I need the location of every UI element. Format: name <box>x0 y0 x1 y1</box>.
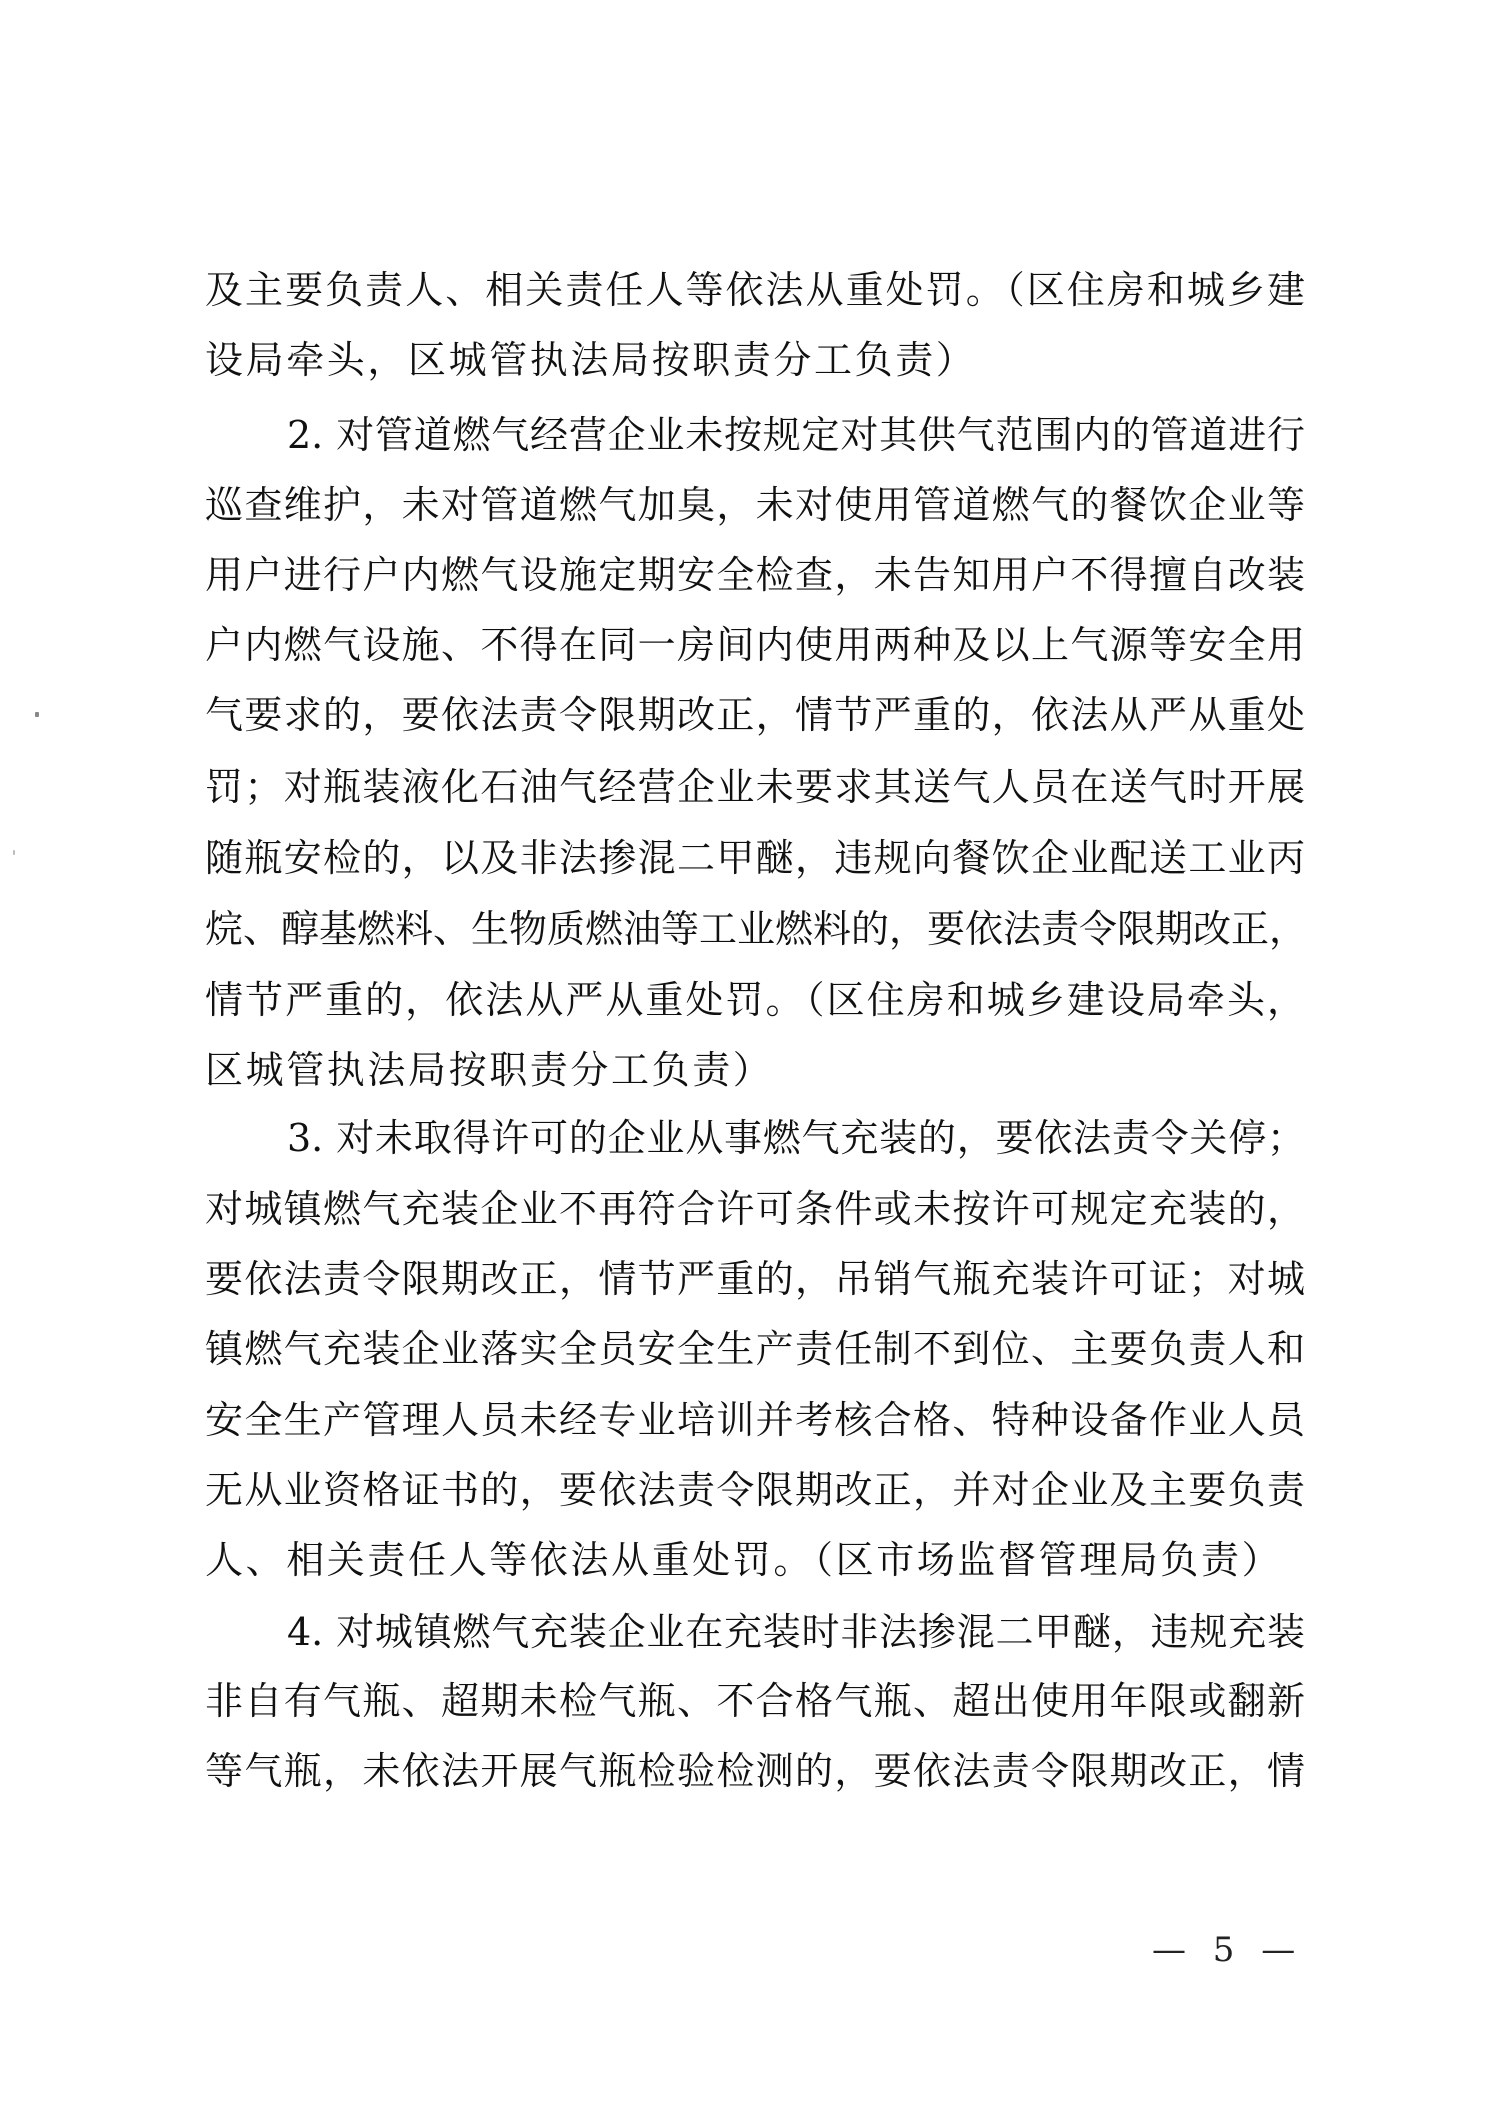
text-line: 随瓶安检的，以及非法掺混二甲醚，违规向餐饮企业配送工业丙 <box>205 823 1305 893</box>
paragraph-2-first-line: 2. 对管道燃气经营企业未按规定对其供气范围内的管道进行 <box>287 400 1305 470</box>
text-line: 罚；对瓶装液化石油气经营企业未要求其送气人员在送气时开展 <box>205 752 1305 822</box>
paragraph-3-first-line: 3. 对未取得许可的企业从事燃气充装的，要依法责令关停； <box>287 1103 1305 1173</box>
text-line: 人、相关责任人等依法从重处罚。（区市场监督管理局负责） <box>205 1525 1305 1595</box>
text-line: 烷、醇基燃料、生物质燃油等工业燃料的，要依法责令限期改正， <box>205 894 1305 964</box>
text-line: 用户进行户内燃气设施定期安全检查，未告知用户不得擅自改装 <box>205 540 1305 610</box>
scan-speck <box>35 712 39 717</box>
text-line: 及主要负责人、相关责任人等依法从重处罚。（区住房和城乡建 <box>205 255 1305 325</box>
text-line: 设局牵头，区城管执法局按职责分工负责） <box>205 325 1305 395</box>
document-page: 及主要负责人、相关责任人等依法从重处罚。（区住房和城乡建 设局牵头，区城管执法局… <box>0 0 1487 2104</box>
text-line: 巡查维护，未对管道燃气加臭，未对使用管道燃气的餐饮企业等 <box>205 470 1305 540</box>
text-line: 情节严重的，依法从严从重处罚。（区住房和城乡建设局牵头， <box>205 965 1305 1035</box>
text-line: 户内燃气设施、不得在同一房间内使用两种及以上气源等安全用 <box>205 610 1305 680</box>
page-number: — 5 — <box>1152 1930 1303 1970</box>
text-line: 安全生产管理人员未经专业培训并考核合格、特种设备作业人员 <box>205 1385 1305 1455</box>
scan-speck <box>13 850 15 855</box>
text-line: 区城管执法局按职责分工负责） <box>205 1035 1305 1105</box>
text-line: 要依法责令限期改正，情节严重的，吊销气瓶充装许可证；对城 <box>205 1244 1305 1314</box>
text-line: 镇燃气充装企业落实全员安全生产责任制不到位、主要负责人和 <box>205 1314 1305 1384</box>
text-line: 等气瓶，未依法开展气瓶检验检测的，要依法责令限期改正，情 <box>205 1736 1305 1806</box>
text-line: 气要求的，要依法责令限期改正，情节严重的，依法从严从重处 <box>205 680 1305 750</box>
text-line: 对城镇燃气充装企业不再符合许可条件或未按许可规定充装的， <box>205 1174 1305 1244</box>
text-line: 非自有气瓶、超期未检气瓶、不合格气瓶、超出使用年限或翻新 <box>205 1666 1305 1736</box>
paragraph-4-first-line: 4. 对城镇燃气充装企业在充装时非法掺混二甲醚，违规充装 <box>287 1597 1305 1667</box>
text-line: 无从业资格证书的，要依法责令限期改正，并对企业及主要负责 <box>205 1455 1305 1525</box>
